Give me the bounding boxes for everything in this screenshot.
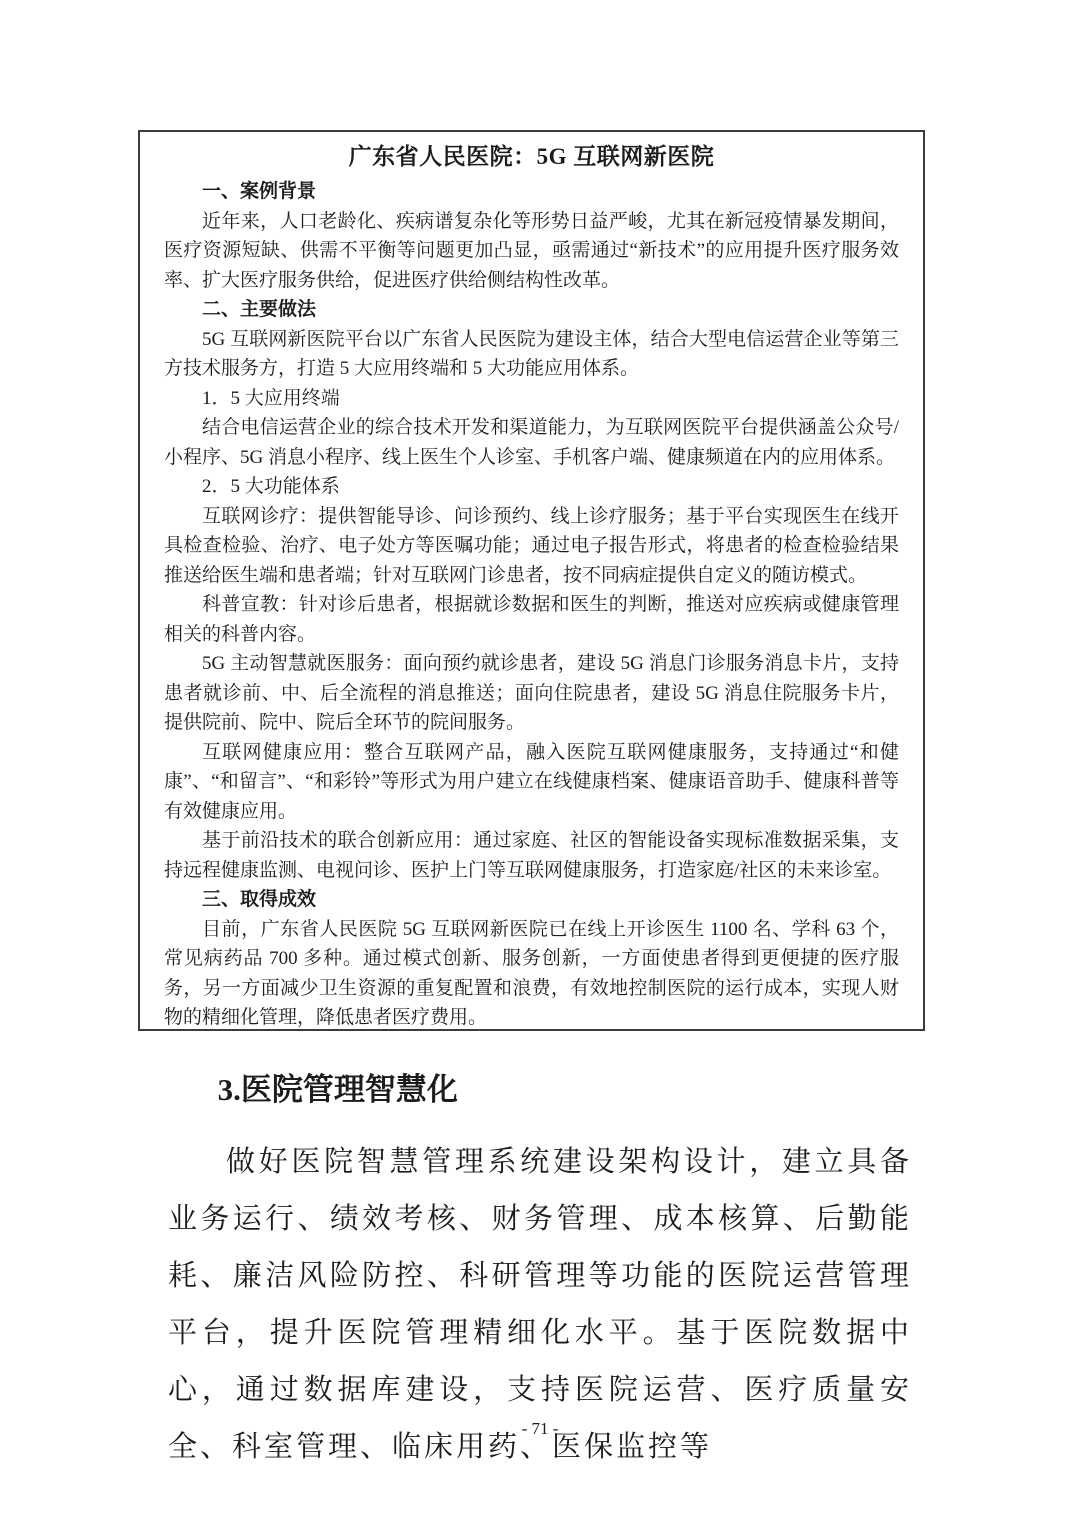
- case-paragraph: 互联网诊疗：提供智能导诊、问诊预约、线上诊疗服务；基于平台实现医生在线开具检查检…: [164, 502, 899, 591]
- case-paragraph: 近年来，人口老龄化、疾病谱复杂化等形势日益严峻，尤其在新冠疫情暴发期间，医疗资源…: [164, 207, 899, 296]
- case-paragraph: 科普宣教：针对诊后患者，根据就诊数据和医生的判断，推送对应疾病或健康管理相关的科…: [164, 590, 899, 649]
- case-paragraph: 5G 主动智慧就医服务：面向预约就诊患者，建设 5G 消息门诊服务消息卡片，支持…: [164, 649, 899, 738]
- case-study-box: 广东省人民医院：5G 互联网新医院 一、案例背景 近年来，人口老龄化、疾病谱复杂…: [138, 130, 925, 1031]
- page-number: - 71 -: [0, 1418, 1080, 1440]
- case-section-heading-2: 二、主要做法: [164, 295, 899, 325]
- case-paragraph: 目前，广东省人民医院 5G 互联网新医院已在线上开诊医生 1100 名、学科 6…: [164, 915, 899, 1032]
- case-box-title: 广东省人民医院：5G 互联网新医院: [164, 139, 899, 175]
- main-section: 3.医院管理智慧化 做好医院智慧管理系统建设架构设计，建立具备业务运行、绩效考核…: [168, 1070, 912, 1476]
- case-section-heading-3: 三、取得成效: [164, 885, 899, 915]
- case-paragraph: 互联网健康应用：整合互联网产品，融入医院互联网健康服务，支持通过“和健康”、“和…: [164, 738, 899, 827]
- case-paragraph: 基于前沿技术的联合创新应用：通过家庭、社区的智能设备实现标准数据采集，支持远程健…: [164, 826, 899, 885]
- case-section-heading-1: 一、案例背景: [164, 177, 899, 207]
- case-subheading-1: 1．5 大应用终端: [164, 384, 899, 414]
- case-paragraph: 结合电信运营企业的综合技术开发和渠道能力，为互联网医院平台提供涵盖公众号/小程序…: [164, 413, 899, 472]
- case-paragraph: 5G 互联网新医院平台以广东省人民医院为建设主体，结合大型电信运营企业等第三方技…: [164, 325, 899, 384]
- document-page: 广东省人民医院：5G 互联网新医院 一、案例背景 近年来，人口老龄化、疾病谱复杂…: [0, 0, 1080, 1527]
- case-subheading-2: 2．5 大功能体系: [164, 472, 899, 502]
- section-heading: 3.医院管理智慧化: [168, 1070, 912, 1110]
